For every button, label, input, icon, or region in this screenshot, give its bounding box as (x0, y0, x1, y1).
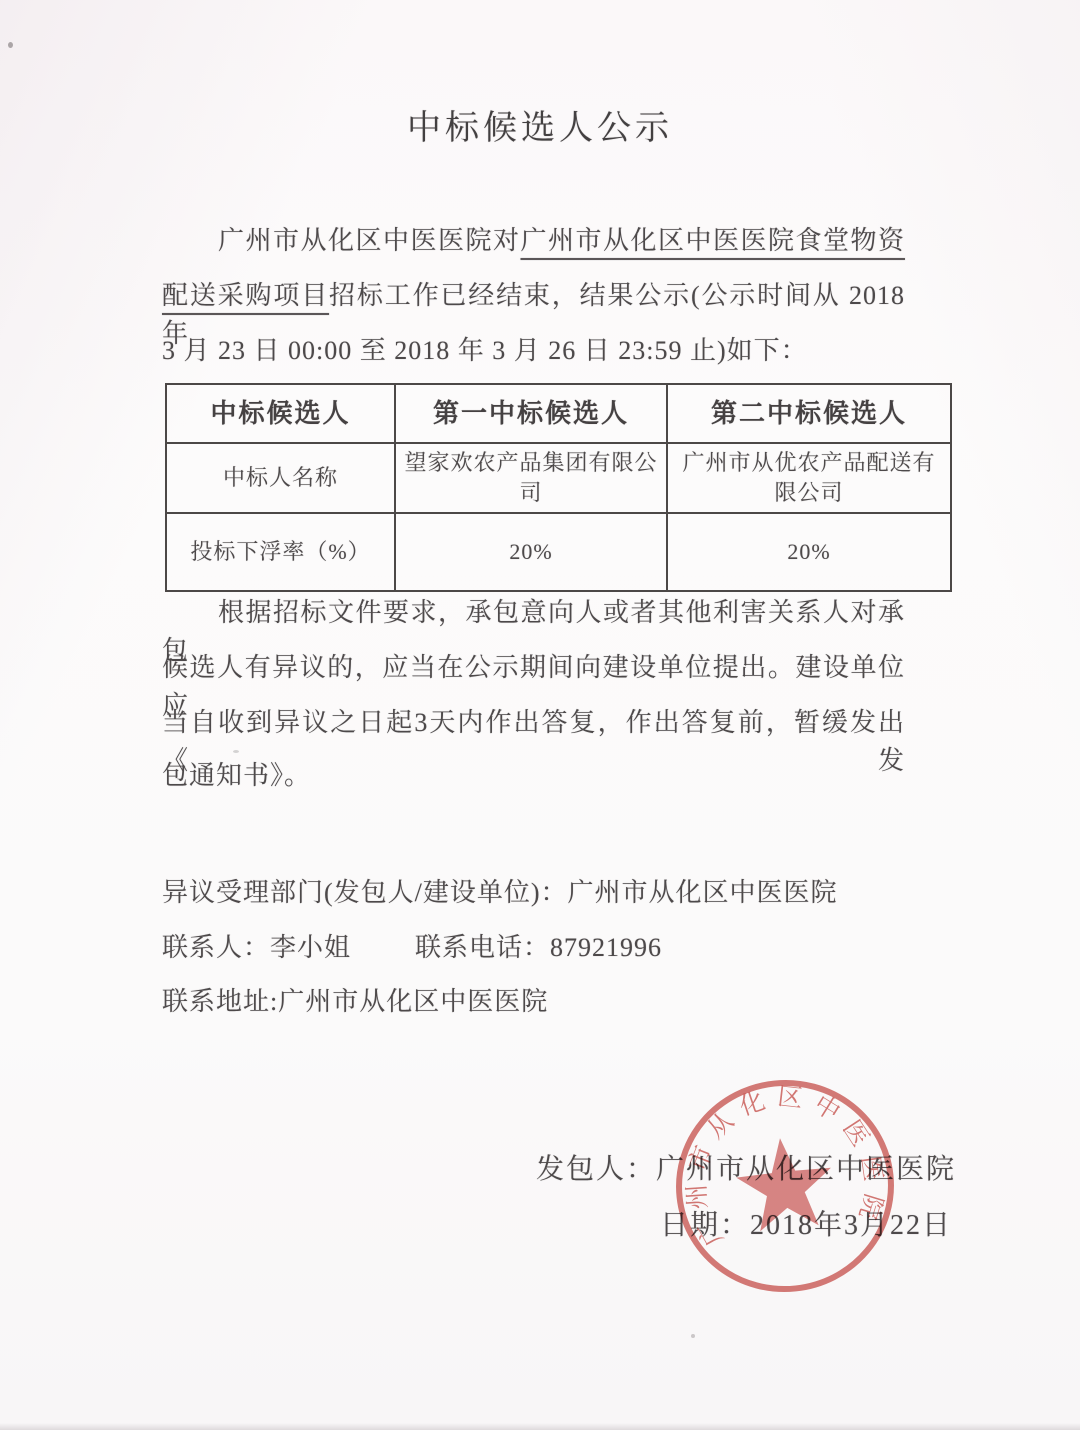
row-label-bidder-name: 中标人名称 (166, 443, 395, 513)
intro-line-3: 3 月 23 日 00:00 至 2018 年 3 月 26 日 23:59 止… (162, 332, 808, 370)
official-seal-stamp: 广州市从化区中医医院 (648, 1054, 922, 1319)
cell-first-bidder-name: 望家欢农产品集团有限公司 (395, 443, 667, 513)
row-label-discount-rate: 投标下浮率（%） (166, 513, 395, 591)
table-row-discount-rate: 投标下浮率（%） 20% 20% (166, 513, 951, 591)
star-icon (733, 1133, 837, 1233)
intro-line1-underlined: 广州市从化区中医医院食堂物资 (521, 226, 905, 255)
cell-first-discount-rate: 20% (395, 513, 667, 591)
cell-second-discount-rate: 20% (667, 513, 951, 591)
intro-line-1: 广州市从化区中医医院对广州市从化区中医医院食堂物资 (162, 222, 905, 260)
scan-speck (8, 42, 13, 48)
contact-address-line: 联系地址:广州市从化区中医医院 (162, 983, 548, 1021)
contact-person: 联系人：李小姐 (162, 933, 351, 962)
cell-second-bidder-name: 广州市从优农产品配送有限公司 (667, 443, 951, 513)
scan-speck (691, 1334, 695, 1338)
header-cell-second-candidate: 第二中标候选人 (667, 384, 951, 443)
scan-edge-shadow (0, 1423, 1080, 1430)
header-cell-candidate: 中标候选人 (166, 384, 395, 443)
document-title: 中标候选人公示 (0, 100, 1080, 149)
scanned-document-page: 中标候选人公示 广州市从化区中医医院对广州市从化区中医医院食堂物资 配送采购项目… (0, 0, 1080, 1430)
table-row-bidder-name: 中标人名称 望家欢农产品集团有限公司 广州市从优农产品配送有限公司 (166, 443, 951, 513)
intro-line2-underlined: 配送采购项目 (162, 281, 329, 310)
contact-dept-line: 异议受理部门(发包人/建设单位)：广州市从化区中医医院 (162, 874, 838, 912)
scan-speck (233, 750, 239, 753)
contact-phone: 联系电话：87921996 (415, 933, 662, 962)
notice-line-4: 包通知书》。 (162, 757, 311, 795)
table-header-row: 中标候选人 第一中标候选人 第二中标候选人 (166, 384, 951, 443)
contact-person-phone-line: 联系人：李小姐联系电话：87921996 (162, 929, 662, 967)
intro-line1-normal: 广州市从化区中医医院对 (218, 226, 521, 255)
header-cell-first-candidate: 第一中标候选人 (395, 384, 667, 443)
bid-candidates-table: 中标候选人 第一中标候选人 第二中标候选人 中标人名称 望家欢农产品集团有限公司… (165, 383, 952, 592)
